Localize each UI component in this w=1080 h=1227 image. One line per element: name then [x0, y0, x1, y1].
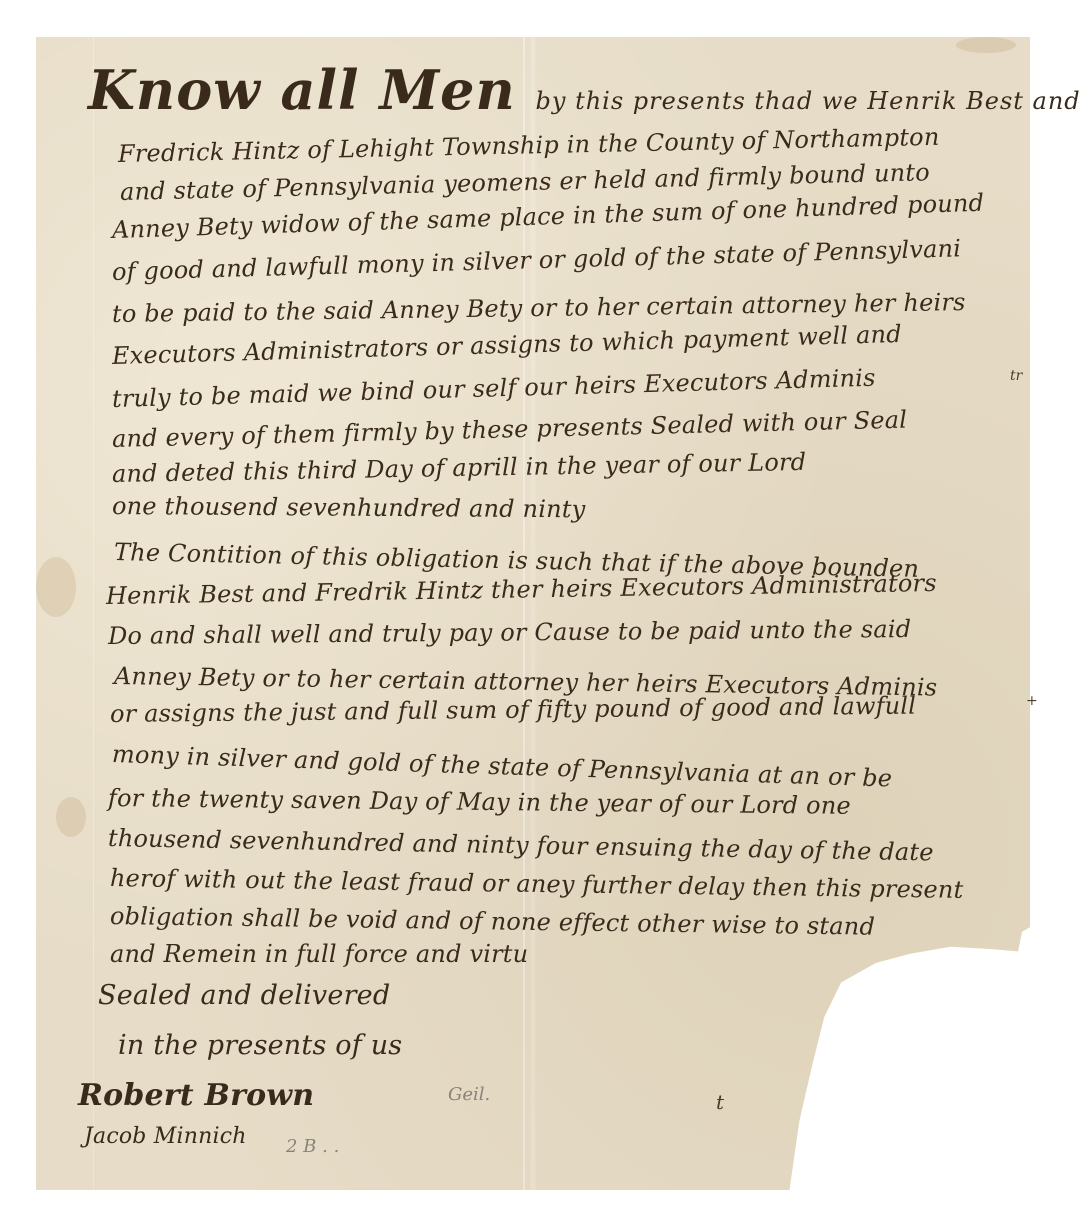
- witness-signature: Jacob Minnich: [84, 1124, 247, 1149]
- attestation-line: in the presents of us: [118, 1030, 402, 1061]
- pencil-annotation: 2 B . .: [286, 1136, 339, 1157]
- heading-rest: by this presents thad we Henrik Best and: [536, 87, 1080, 115]
- stain: [56, 797, 86, 837]
- bond-line: one thousend sevenhundred and ninty: [112, 492, 586, 523]
- margin-note: +: [1026, 693, 1038, 709]
- pencil-annotation: Geil.: [448, 1084, 490, 1105]
- fold-crease-left: [93, 37, 94, 1190]
- witness-signature: Robert Brown: [78, 1078, 314, 1113]
- document-heading: Know all Men by this presents thad we He…: [88, 58, 1080, 122]
- stain: [956, 37, 1016, 53]
- margin-note: tr: [1010, 368, 1022, 384]
- attestation-line: Sealed and delivered: [98, 980, 390, 1011]
- stain: [36, 557, 76, 617]
- opening-words: Know all Men: [88, 58, 516, 122]
- torn-fragment-mark: t: [716, 1090, 724, 1114]
- condition-line: and Remein in full force and virtu: [110, 940, 528, 968]
